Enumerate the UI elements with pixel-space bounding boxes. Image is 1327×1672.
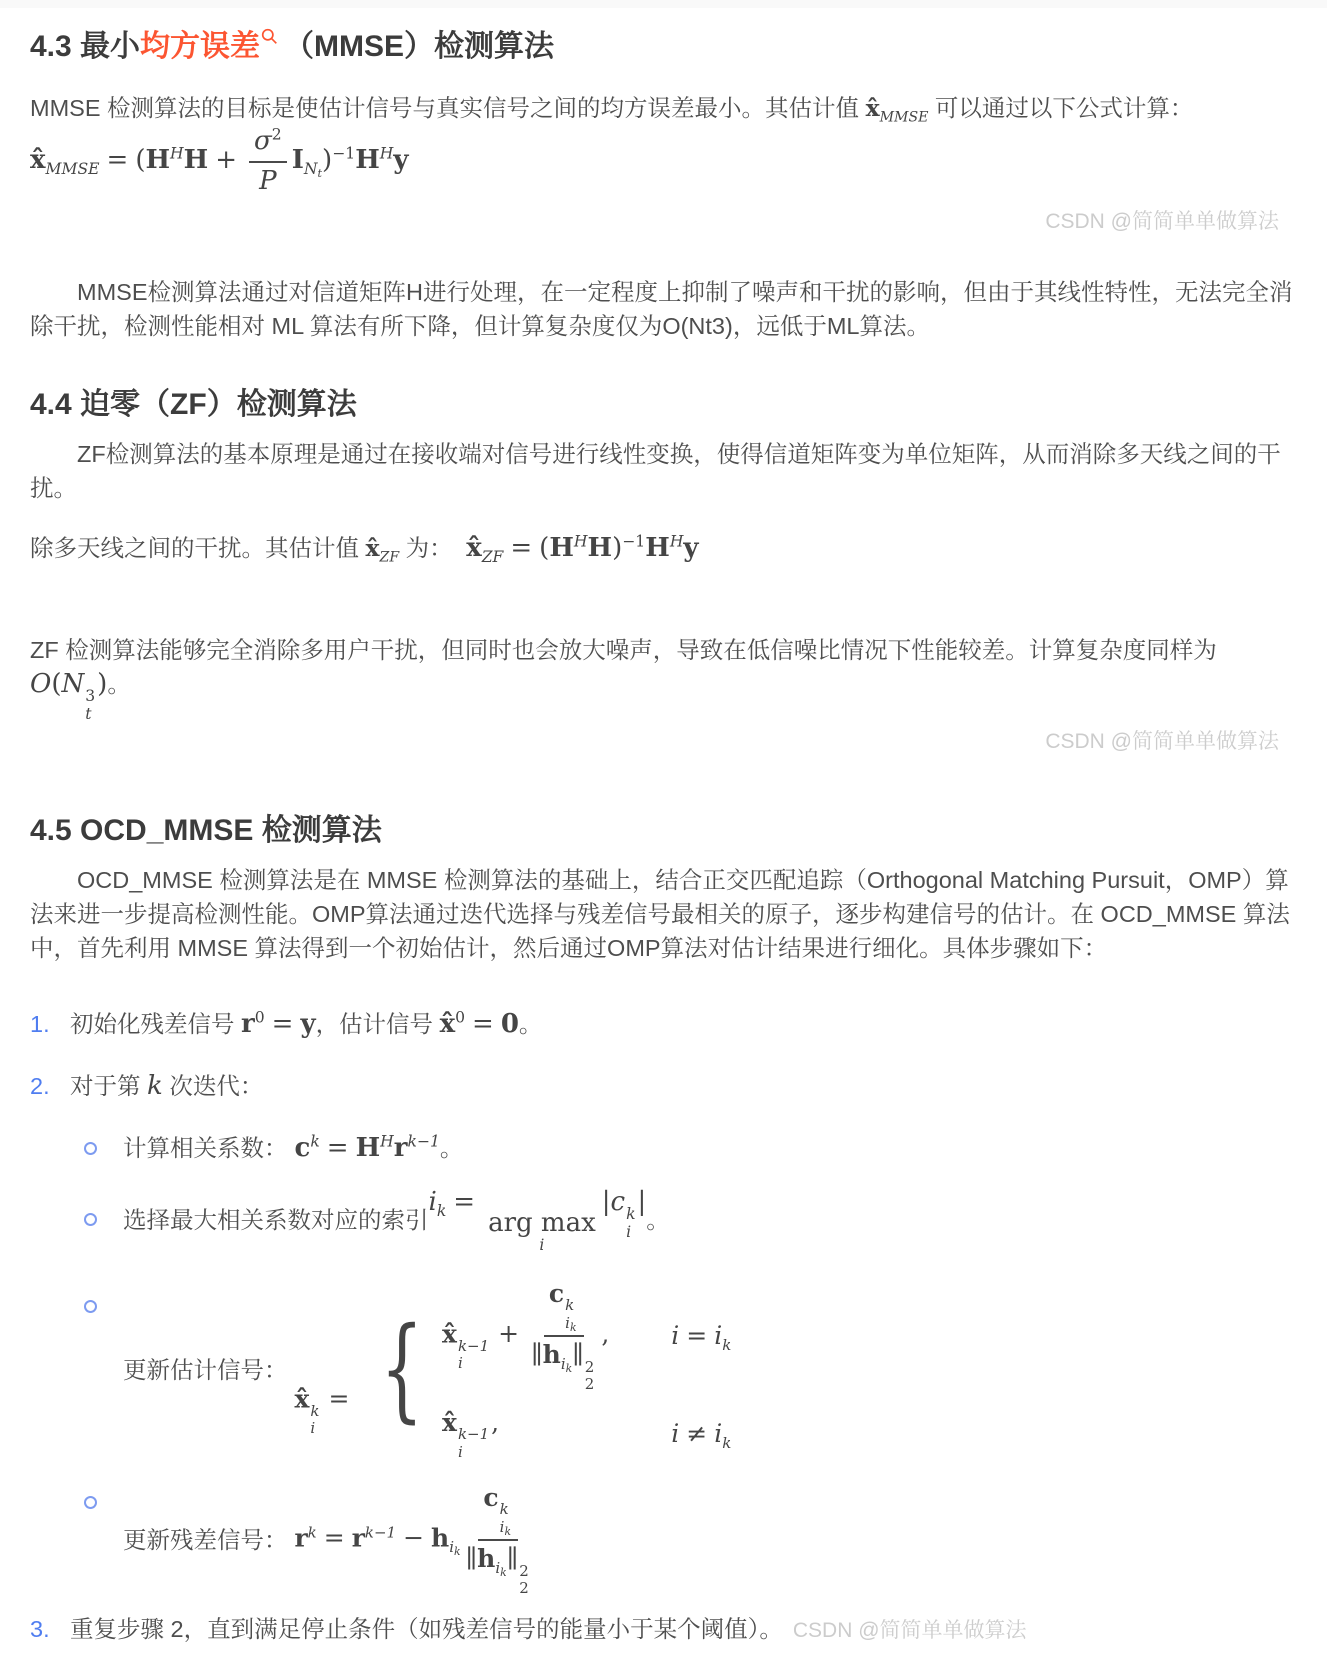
body-text: 。: [519, 1011, 543, 1037]
formula-row: 更新残差信号： rk=rk−1−hikckik∥hik∥22: [123, 1482, 536, 1598]
heading-text: （MMSE）检测算法: [284, 30, 554, 63]
formula-mmse: x̂MMSE=(HHH+σ2PINt)−1HHy: [30, 145, 409, 175]
case-condition: i=ik: [671, 1319, 731, 1353]
sub-item-label: 更新估计信号：: [123, 1353, 288, 1387]
list-item-1: 1. 初始化残差信号 r0=y，估计信号 x̂0=0。: [30, 1007, 1297, 1041]
paragraph-zf-principle: ZF检测算法的基本原理是通过在接收端对信号进行线性变换，使得信道矩阵变为单位矩阵…: [30, 437, 1297, 505]
keyword-link[interactable]: 均方误差: [140, 30, 260, 63]
case-condition: i≠ik: [671, 1417, 731, 1451]
case-expression: x̂k−1i+ckik∥hik∥22,: [442, 1278, 609, 1394]
paragraph-zf-discussion: ZF 检测算法能够完全消除多用户干扰，但同时也会放大噪声，导致在低信噪比情况下性…: [30, 633, 1297, 723]
inline-math-complexity: O(N3t): [30, 669, 107, 699]
body-text: 。: [440, 1131, 464, 1165]
circle-bullet: [84, 1496, 97, 1509]
formula-correlation: ck=HHrk−1: [288, 1131, 440, 1165]
sub-item-label: 选择最大相关系数对应的索引: [123, 1203, 429, 1237]
list-item-3: 3. 重复步骤 2，直到满足停止条件（如残差信号的能量小于某个阈值）。CSDN …: [30, 1612, 1297, 1648]
article-content: 4.3 最小均方误差（MMSE）检测算法 MMSE 检测算法的目标是使估计信号与…: [0, 18, 1327, 1672]
list-number: 2.: [30, 1069, 70, 1103]
body-text: ZF 检测算法能够完全消除多用户干扰，但同时也会放大噪声，导致在低信噪比情况下性…: [30, 637, 1217, 663]
body-text: MMSE 检测算法的目标是使估计信号与真实信号之间的均方误差最小。其估计值: [30, 95, 859, 121]
heading-text: 4.3 最小: [30, 30, 140, 63]
sub-list-item-update-estimate: 更新估计信号： x̂ki={ x̂k−1i+ckik∥hik∥22, i=ik …: [84, 1278, 1297, 1462]
inline-math-k: k: [147, 1071, 163, 1101]
sub-list-item-index-select: 选择最大相关系数对应的索引 ik=arg maxi|cki| 。: [84, 1185, 1297, 1253]
section-heading-4-5: 4.5 OCD_MMSE 检测算法: [30, 813, 1297, 849]
body-text: 。: [646, 1203, 670, 1237]
csdn-watermark: CSDN @简简单单做算法: [30, 729, 1297, 755]
body-text: ，估计信号: [316, 1011, 434, 1037]
paragraph-zf-formula: 除多天线之间的干扰。其估计值 x̂ZF 为： x̂ZF=(HHH)−1HHy: [30, 531, 1297, 565]
formula-update-estimate: x̂ki={ x̂k−1i+ckik∥hik∥22, i=ik x̂k−1i, …: [288, 1278, 732, 1462]
formula-row: 更新估计信号： x̂ki={ x̂k−1i+ckik∥hik∥22, i=ik …: [123, 1278, 731, 1462]
section-heading-4-4: 4.4 迫零（ZF）检测算法: [30, 387, 1297, 423]
inline-math-estimate-init: x̂0=0: [440, 1009, 519, 1039]
body-text: 可以通过以下公式计算：: [935, 95, 1194, 121]
list-item-2: 2. 对于第 k 次迭代：: [30, 1069, 1297, 1103]
list-item-content: 重复步骤 2，直到满足停止条件（如残差信号的能量小于某个阈值）。CSDN @简简…: [70, 1612, 1027, 1648]
body-text: 初始化残差信号: [70, 1011, 235, 1037]
formula-update-residual: rk=rk−1−hikckik∥hik∥22: [288, 1482, 536, 1598]
body-text: 重复步骤 2，直到满足停止条件（如残差信号的能量小于某个阈值）。: [70, 1616, 783, 1642]
formula-zf: x̂ZF=(HHH)−1HHy: [459, 533, 698, 563]
sub-item-label: 计算相关系数：: [123, 1131, 288, 1165]
paragraph-ocd-mmse-intro: OCD_MMSE 检测算法是在 MMSE 检测算法的基础上，结合正交匹配追踪（O…: [30, 863, 1297, 965]
list-number: 3.: [30, 1612, 70, 1646]
inline-math-xhat-mmse: x̂MMSE: [866, 94, 929, 122]
csdn-watermark: CSDN @简简单单做算法: [30, 209, 1297, 235]
circle-bullet: [84, 1142, 97, 1155]
list-item-content: 初始化残差信号 r0=y，估计信号 x̂0=0。: [70, 1007, 542, 1041]
body-text: 为：: [406, 535, 453, 561]
formula-argmax: ik=arg maxi|cki|: [429, 1185, 647, 1253]
paragraph-mmse-discussion: MMSE检测算法通过对信道矩阵H进行处理，在一定程度上抑制了噪声和干扰的影响，但…: [30, 275, 1297, 343]
circle-bullet: [84, 1213, 97, 1226]
case-expression: x̂k−1i,: [442, 1406, 609, 1462]
inline-math-xhat-zf: x̂ZF: [366, 534, 400, 562]
section-heading-4-3: 4.3 最小均方误差（MMSE）检测算法: [30, 18, 1297, 65]
paragraph-mmse-intro: MMSE 检测算法的目标是使估计信号与真实信号之间的均方误差最小。其估计值 x̂…: [30, 91, 1297, 197]
body-text: 对于第: [70, 1073, 141, 1099]
search-icon[interactable]: [261, 18, 278, 54]
page-top-strip: [0, 0, 1327, 8]
csdn-watermark: CSDN @简简单单做算法: [793, 1619, 1027, 1642]
sub-list-item-update-residual: 更新残差信号： rk=rk−1−hikckik∥hik∥22: [84, 1482, 1297, 1598]
circle-bullet: [84, 1300, 97, 1313]
inline-math-residual-init: r0=y: [241, 1009, 316, 1039]
body-text: 除多天线之间的干扰。其估计值: [30, 535, 359, 561]
body-text: 次迭代：: [169, 1073, 263, 1099]
list-number: 1.: [30, 1007, 70, 1041]
list-item-content: 对于第 k 次迭代：: [70, 1069, 263, 1103]
body-text: 。: [107, 671, 131, 697]
sub-list-item-correlation: 计算相关系数： ck=HHrk−1 。: [84, 1131, 1297, 1165]
sub-item-label: 更新残差信号：: [123, 1523, 288, 1557]
curly-brace: {: [381, 1316, 424, 1423]
